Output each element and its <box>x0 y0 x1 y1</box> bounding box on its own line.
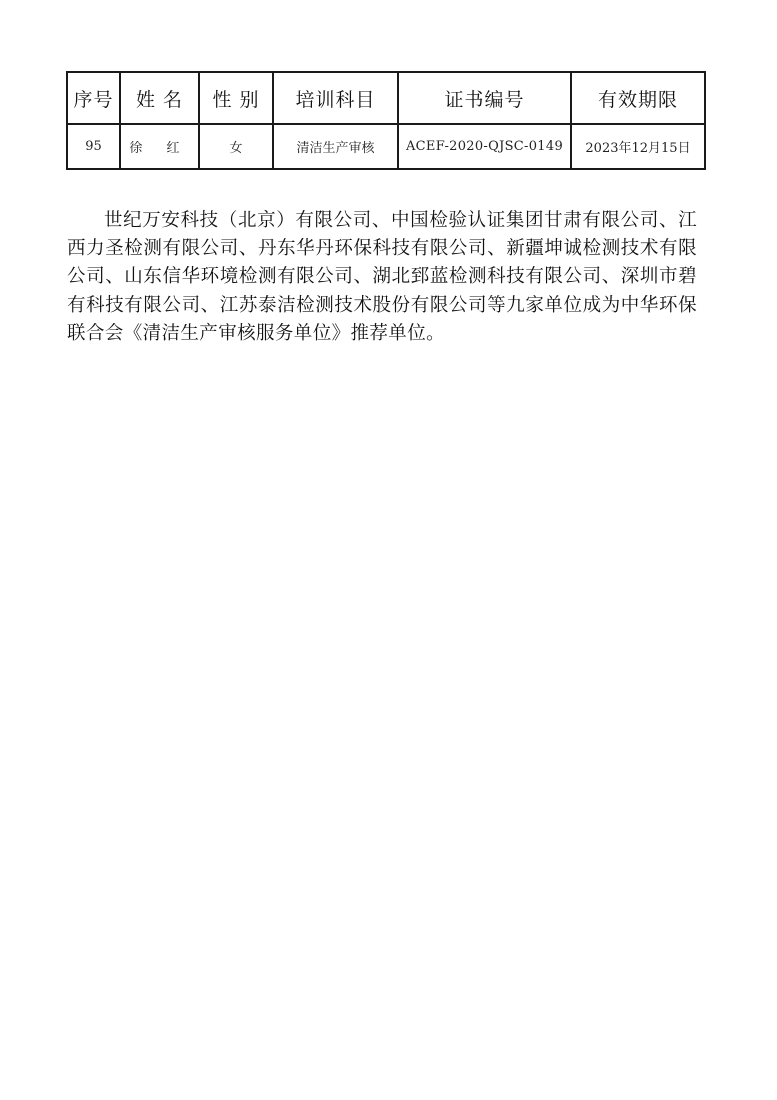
header-index: 序号 <box>67 72 120 124</box>
cell-name: 徐 红 <box>120 124 199 169</box>
table-row: 95 徐 红 女 清洁生产审核 ACEF-2020-QJSC-0149 2023… <box>67 124 705 169</box>
header-name: 姓 名 <box>120 72 199 124</box>
cell-course: 清洁生产审核 <box>273 124 398 169</box>
certificate-table: 序号 姓 名 性 别 培训科目 证书编号 有效期限 95 徐 红 女 清洁生产审… <box>66 71 706 170</box>
notice-paragraph: 世纪万安科技（北京）有限公司、中国检验认证集团甘肃有限公司、江西力圣检测有限公司… <box>67 207 697 348</box>
cell-index: 95 <box>67 124 120 169</box>
header-certificate-no: 证书编号 <box>398 72 571 124</box>
table-header-row: 序号 姓 名 性 别 培训科目 证书编号 有效期限 <box>67 72 705 124</box>
cell-valid-until: 2023年12月15日 <box>571 124 705 169</box>
header-valid-until: 有效期限 <box>571 72 705 124</box>
header-gender: 性 别 <box>199 72 273 124</box>
cell-gender: 女 <box>199 124 273 169</box>
cell-certificate-no: ACEF-2020-QJSC-0149 <box>398 124 571 169</box>
header-course: 培训科目 <box>273 72 398 124</box>
document-page: 序号 姓 名 性 别 培训科目 证书编号 有效期限 95 徐 红 女 清洁生产审… <box>0 0 777 1100</box>
